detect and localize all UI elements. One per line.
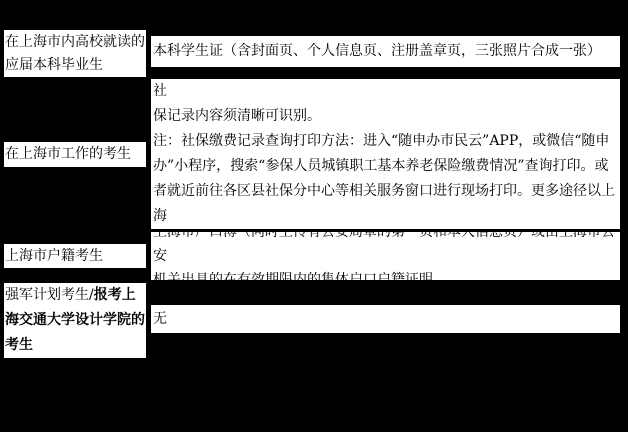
row-3-requirement-text: 上海市户口薄（同时上传有公安局章的第一页和本人信息页）或由上海市公安 机关出具的… (153, 232, 620, 280)
row-3-category-text: 上海市户籍考生 (5, 245, 103, 268)
row-1-requirement-text: 本科学生证（含封面页、个人信息页、注册盖章页，三张照片合成一张） (153, 39, 601, 64)
row-2-category-cell: 在上海市工作的考生 (4, 142, 146, 167)
row-4-category-cell: 强军计划考生/报考上海交通大学设计学院的考生 (4, 283, 146, 358)
row-2-requirement-cell: 本人 2025 年连续六个月的上海社保缴费成功记录（应有社保机构公章），社 保记… (151, 79, 620, 229)
row-3-category-cell: 上海市户籍考生 (4, 244, 146, 268)
row-2-category-text: 在上海市工作的考生 (5, 143, 131, 166)
row-1-category-text: 在上海市内高校就读的 应届本科毕业生 (5, 31, 145, 77)
row-1-category-cell: 在上海市内高校就读的 应届本科毕业生 (4, 30, 146, 77)
row-4-category-text: 强军计划考生/报考上海交通大学设计学院的考生 (5, 283, 146, 358)
row-1-requirement-cell: 本科学生证（含封面页、个人信息页、注册盖章页，三张照片合成一张） (151, 36, 620, 67)
requirements-table: 在上海市内高校就读的 应届本科毕业生 本科学生证（含封面页、个人信息页、注册盖章… (0, 0, 628, 432)
row-2-requirement-text: 本人 2025 年连续六个月的上海社保缴费成功记录（应有社保机构公章），社 保记… (153, 79, 620, 229)
row-4-category-text-normal: 强军计划考生/ (5, 287, 94, 303)
row-3-requirement-cell: 上海市户口薄（同时上传有公安局章的第一页和本人信息页）或由上海市公安 机关出具的… (151, 232, 620, 280)
row-4-requirement-cell: 无 (151, 305, 620, 333)
row-4-requirement-text: 无 (153, 307, 167, 332)
